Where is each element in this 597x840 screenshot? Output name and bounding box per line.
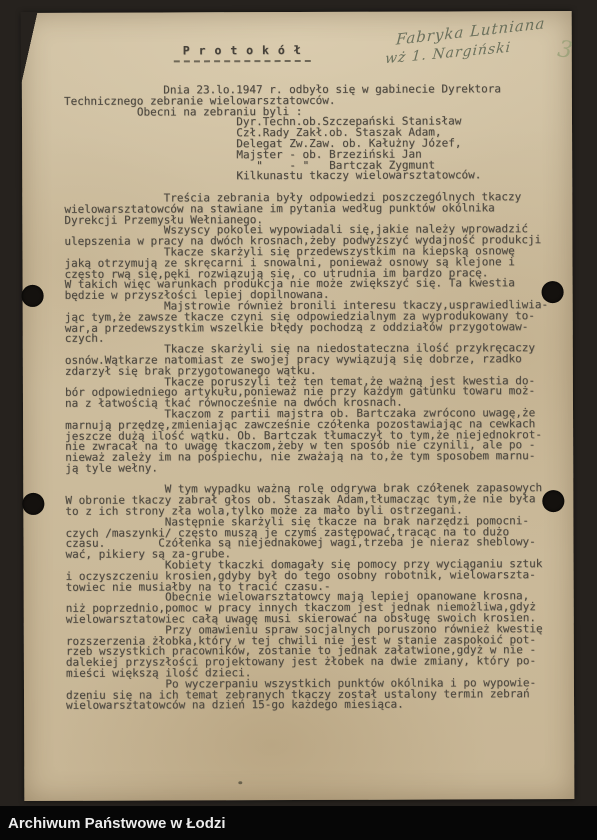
- ink-speck: [238, 781, 242, 784]
- typewritten-text: Dnia 23.lo.1947 r. odbyło się w gabineci…: [64, 84, 558, 712]
- punch-hole-right-top: [542, 281, 564, 303]
- punch-hole-right-bottom: [542, 490, 564, 512]
- document-page: P r o t o k ó ł Dnia 23.lo.1947 r. odbył…: [22, 11, 575, 801]
- archive-watermark-text: Archiwum Państwowe w Łodzi: [8, 815, 226, 832]
- archive-watermark-band: Archiwum Państwowe w Łodzi: [0, 806, 597, 840]
- punch-hole-left-top: [22, 285, 44, 307]
- page-number-pencil: 3: [556, 36, 574, 64]
- punch-hole-left-bottom: [22, 493, 44, 515]
- document-title: P r o t o k ó ł: [174, 43, 311, 62]
- scan-background: P r o t o k ó ł Dnia 23.lo.1947 r. odbył…: [0, 0, 597, 840]
- paper-corner-fold: [21, 12, 38, 86]
